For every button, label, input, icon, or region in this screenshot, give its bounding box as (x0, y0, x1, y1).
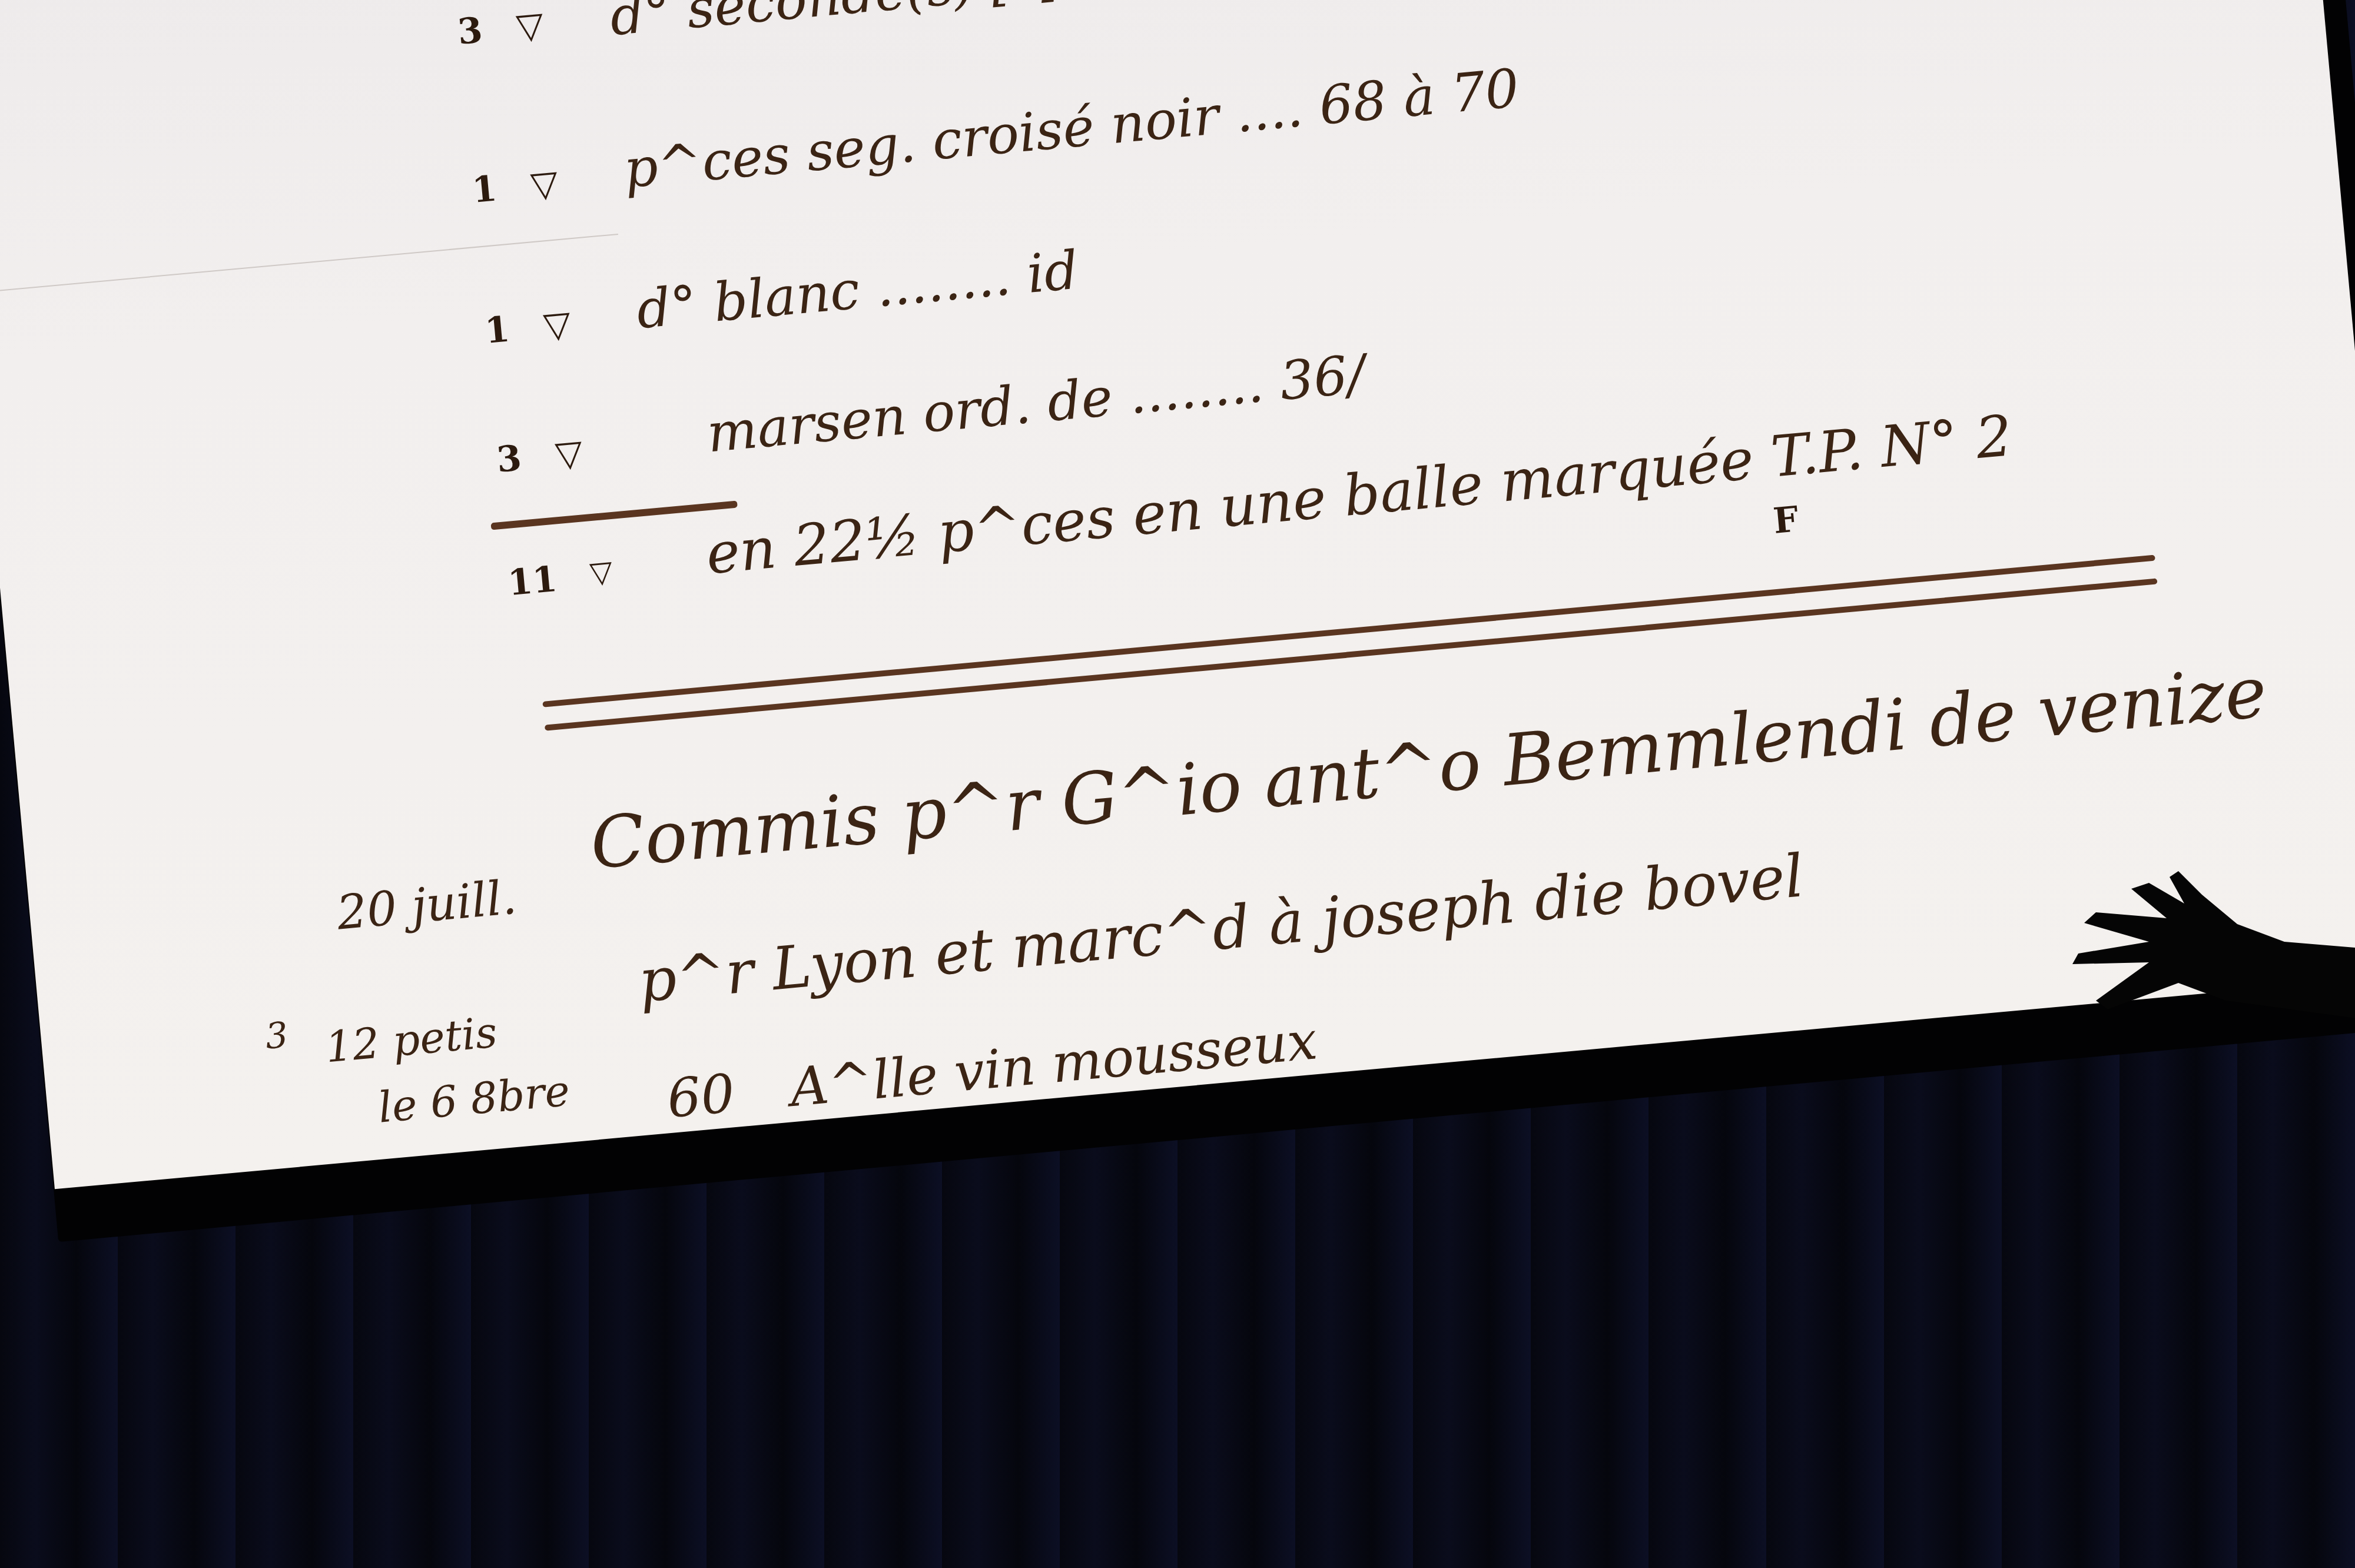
total-mark: ▽ (588, 553, 614, 590)
entry-line-2: p^r Lyon et marc^d à joseph die bovel (636, 841, 1807, 1016)
entry-mark: ▽ (553, 432, 584, 476)
entry-text: d° seconde(s) [?] noires ........ 44 à 4… (608, 0, 1631, 48)
entry-mark: ▽ (542, 303, 572, 347)
entry-qty: 60 (665, 1062, 738, 1130)
entry-mark: ▽ (529, 162, 560, 206)
entry-qty: 3 (456, 10, 485, 53)
entry-qty: 1 (470, 168, 499, 211)
margin-note: le 6 8bre (376, 1066, 572, 1132)
entry-qty: 3 (495, 438, 523, 481)
margin-note: 3 (264, 1014, 290, 1057)
entry-text: marsen ord. de ........ 36/ (704, 343, 1368, 464)
margin-note: 12 petis (323, 1007, 499, 1072)
sum-rule (490, 500, 737, 530)
paper-crease (0, 234, 618, 294)
total-qty: 11 (506, 559, 559, 604)
entry-date: 20 juill. (334, 869, 519, 940)
hand-silhouette (1872, 859, 2355, 1071)
entry-qty: 1 (483, 308, 512, 351)
entry-text: p^ces seg. croisé noir .... 68 à 70 (621, 57, 1521, 200)
entry-mark: ▽ (515, 4, 545, 48)
entry-line-1: Commis p^r G^io ant^o Bemmlendi de veniz… (587, 652, 2270, 885)
entry-text: d° blanc ........ id (634, 240, 1081, 341)
total-mark-sub: F (1772, 499, 1800, 542)
